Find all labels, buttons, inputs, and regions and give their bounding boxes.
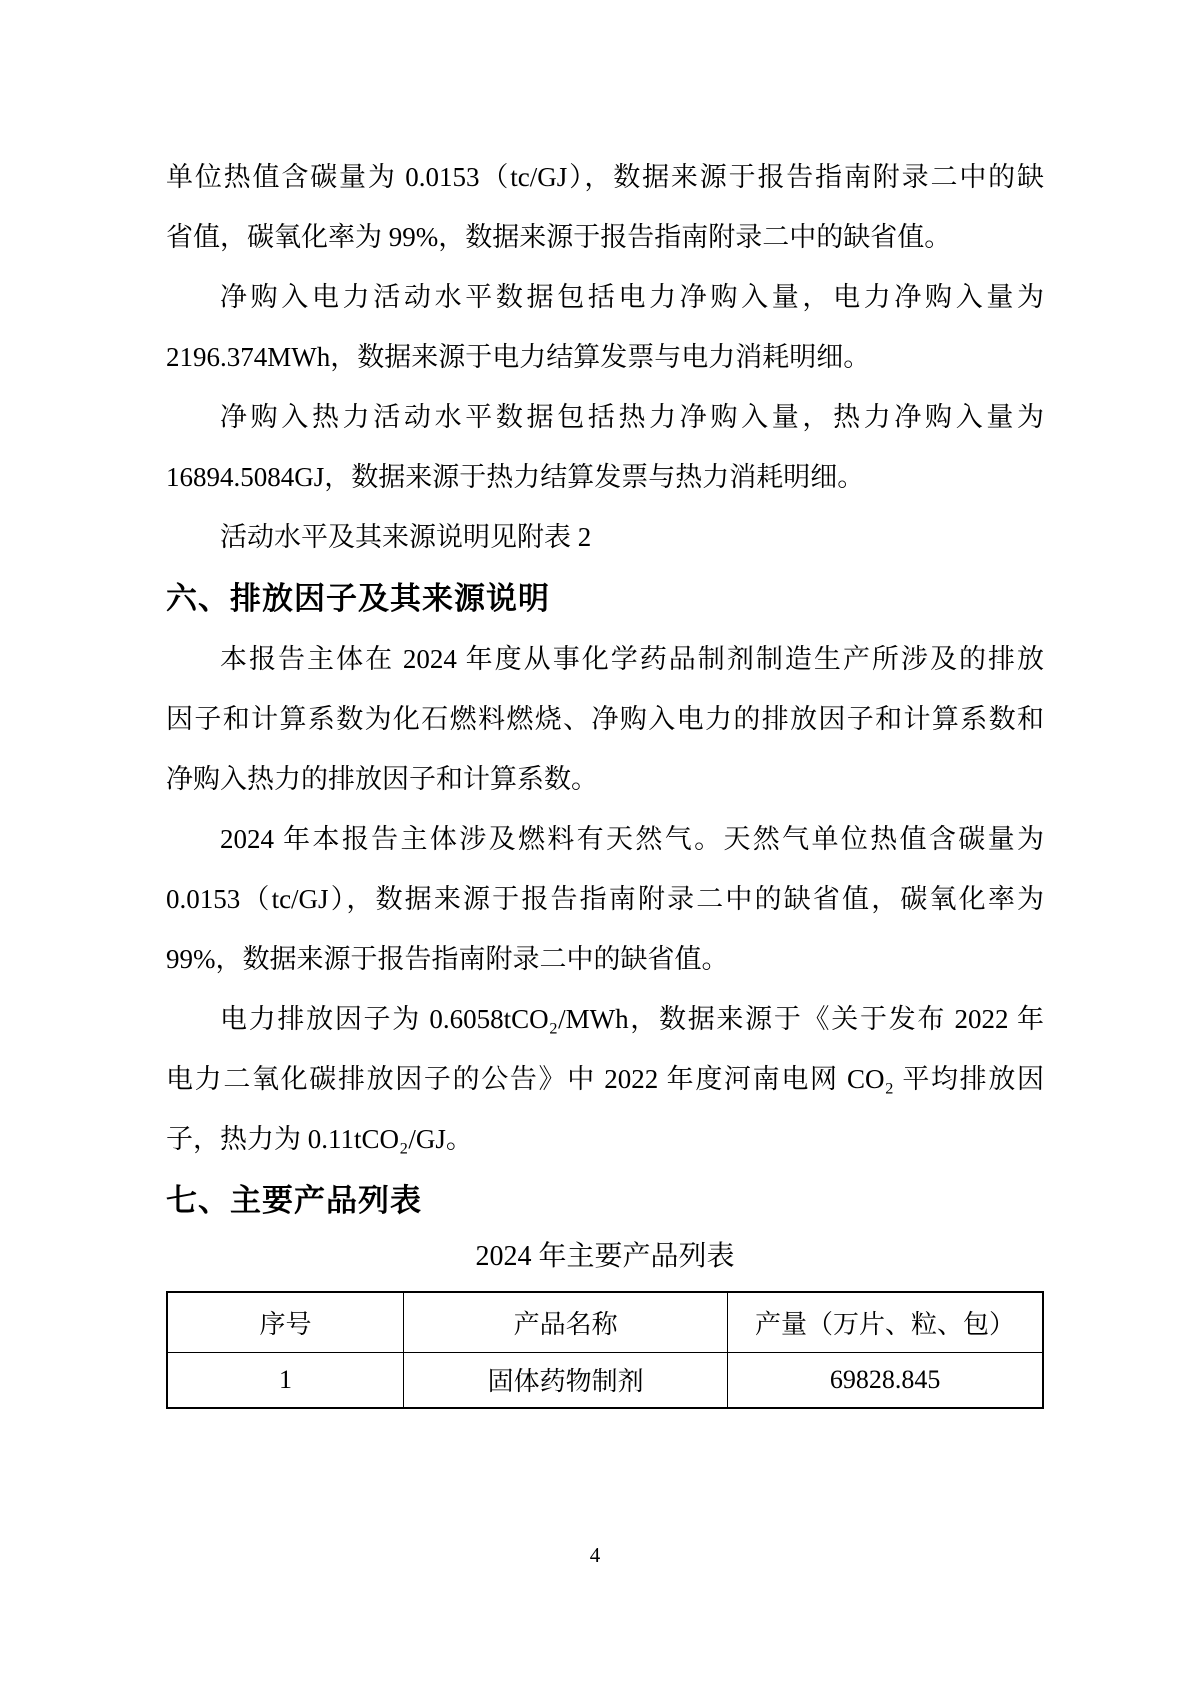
paragraph-line: 单位热值含碳量为 0.0153（tc/GJ），数据来源于报告指南附录二中的缺 [166, 147, 1044, 207]
table-header-output: 产量（万片、粒、包） [728, 1292, 1043, 1352]
table-header-row: 序号 产品名称 产量（万片、粒、包） [167, 1292, 1043, 1352]
document-page: 单位热值含碳量为 0.0153（tc/GJ），数据来源于报告指南附录二中的缺 省… [0, 0, 1190, 1683]
paragraph-line: 0.0153（tc/GJ），数据来源于报告指南附录二中的缺省值，碳氧化率为 [166, 869, 1044, 929]
product-table: 序号 产品名称 产量（万片、粒、包） 1 固体药物制剂 69828.845 [166, 1291, 1044, 1409]
table-row: 1 固体药物制剂 69828.845 [167, 1352, 1043, 1408]
paragraph-line: 省值，碳氧化率为 99%，数据来源于报告指南附录二中的缺省值。 [166, 207, 1044, 267]
section-7-heading: 七、主要产品列表 [166, 1181, 1044, 1221]
paragraph-line: 2024 年本报告主体涉及燃料有天然气。天然气单位热值含碳量为 [166, 809, 1044, 869]
table-cell-product-name: 固体药物制剂 [404, 1352, 728, 1408]
paragraph-line: 本报告主体在 2024 年度从事化学药品制剂制造生产所涉及的排放 [166, 629, 1044, 689]
section-6-heading: 六、排放因子及其来源说明 [166, 579, 1044, 619]
paragraph-line: 净购入电力活动水平数据包括电力净购入量，电力净购入量为 [166, 267, 1044, 327]
paragraph-line: 净购入热力活动水平数据包括热力净购入量，热力净购入量为 [166, 387, 1044, 447]
paragraph-line: 因子和计算系数为化石燃料燃烧、净购入电力的排放因子和计算系数和 [166, 689, 1044, 749]
page-content: 单位热值含碳量为 0.0153（tc/GJ），数据来源于报告指南附录二中的缺 省… [166, 147, 1044, 1409]
page-number: 4 [0, 1540, 1190, 1570]
paragraph-line: 电力二氧化碳排放因子的公告》中 2022 年度河南电网 CO₂ 平均排放因 [166, 1049, 1044, 1109]
table-header-seq: 序号 [167, 1292, 404, 1352]
table-cell-output: 69828.845 [728, 1352, 1043, 1408]
paragraph-line: 子，热力为 0.11tCO₂/GJ。 [166, 1109, 1044, 1169]
paragraph-line: 99%，数据来源于报告指南附录二中的缺省值。 [166, 929, 1044, 989]
paragraph-line: 净购入热力的排放因子和计算系数。 [166, 749, 1044, 809]
paragraph-line: 活动水平及其来源说明见附表 2 [166, 507, 1044, 567]
table-caption: 2024 年主要产品列表 [166, 1231, 1044, 1283]
paragraph-line: 2196.374MWh，数据来源于电力结算发票与电力消耗明细。 [166, 327, 1044, 387]
paragraph-line: 16894.5084GJ，数据来源于热力结算发票与热力消耗明细。 [166, 447, 1044, 507]
table-header-product-name: 产品名称 [404, 1292, 728, 1352]
paragraph-line: 电力排放因子为 0.6058tCO₂/MWh，数据来源于《关于发布 2022 年 [166, 989, 1044, 1049]
table-cell-seq: 1 [167, 1352, 404, 1408]
